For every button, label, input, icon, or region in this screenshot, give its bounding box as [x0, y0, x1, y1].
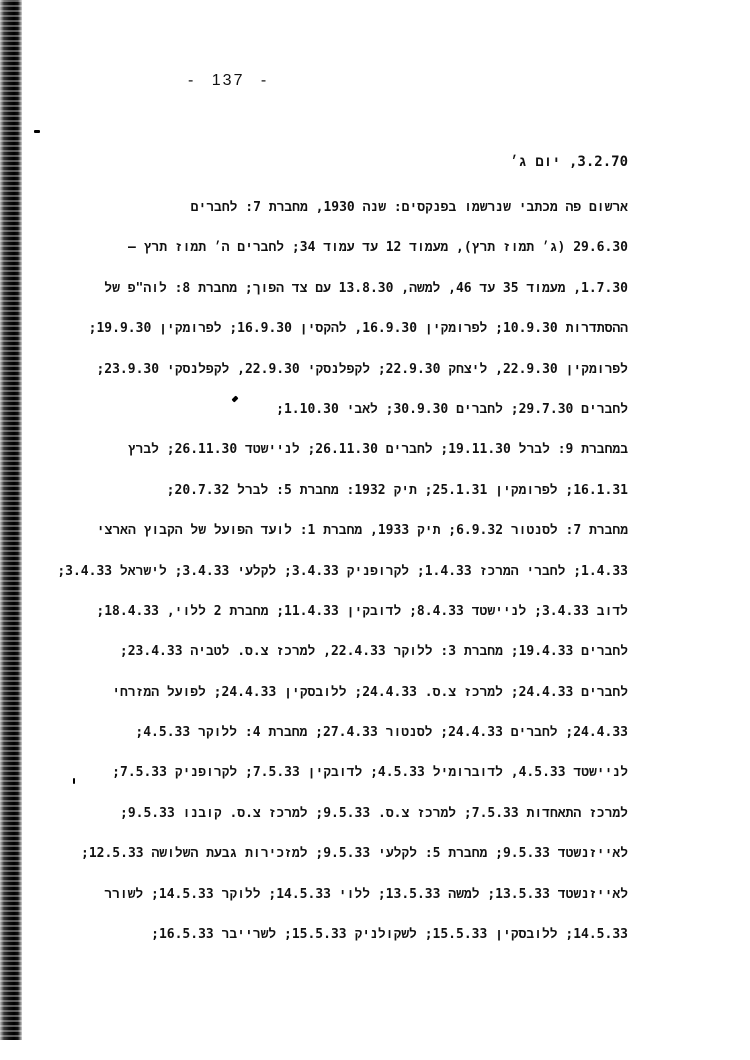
text-line: 16.1.31; לפרומקין 25.1.31; תיק 1932: מחב… [88, 479, 628, 519]
text-line: 24.4.33; לחברים 24.4.33; לסנטור 27.4.33;… [88, 721, 628, 761]
text-line: מחברת 7: לסנטור 6.9.32; תיק 1933, מחברת … [88, 519, 628, 559]
text-line: לחברים 24.4.33; למרכז צ.ס. 24.4.33; ללוב… [88, 681, 628, 721]
text-line: למרכז התאחדות 7.5.33; למרכז צ.ס. 9.5.33;… [88, 802, 628, 842]
text-line: לחברים 19.4.33; מחברת 3: ללוקר 22.4.33, … [88, 640, 628, 680]
scan-binding-edge [0, 0, 22, 1040]
entry-date-heading: 3.2.70, יום ג׳ [510, 154, 628, 171]
text-line: ארשום פה מכתבי שנרשמו בפנקסים: שנה 1930,… [88, 196, 628, 236]
scan-speck [73, 778, 75, 784]
text-line: 1.7.30, מעמוד 35 עד 46, למשה, 13.8.30 עם… [88, 277, 628, 317]
text-line: ההסתדרות 10.9.30; לפרומקין 16.9.30, להקס… [88, 317, 628, 357]
text-line: לחברים 29.7.30; לחברים 30.9.30; לאבי 1.1… [88, 398, 628, 438]
text-line: לניישטד 4.5.33, לדוברומיל 4.5.33; לדובקי… [88, 761, 628, 801]
page-number: - 137 - [188, 72, 268, 90]
text-line: לפרומקין 22.9.30, ליצחק 22.9.30; לקפלנסק… [88, 358, 628, 398]
text-line: לאייזנשטד 9.5.33; מחברת 5: לקלעי 9.5.33;… [88, 842, 628, 882]
text-line: במחברת 9: לברל 19.11.30; לחברים 26.11.30… [88, 438, 628, 478]
document-body: ארשום פה מכתבי שנרשמו בפנקסים: שנה 1930,… [88, 196, 628, 963]
text-line: לאייזנשטד 13.5.33; למשה 13.5.33; ללוי 14… [88, 883, 628, 923]
text-line: לדוב 3.4.33; לניישטד 8.4.33; לדובקין 11.… [88, 600, 628, 640]
text-line: 14.5.33; ללובסקין 15.5.33; לשקולניק 15.5… [88, 923, 628, 963]
scan-speck [34, 130, 40, 133]
text-line: 29.6.30 (ג׳ תמוז תרץ), מעמוד 12 עד עמוד … [88, 236, 628, 276]
text-line: 1.4.33; לחברי המרכז 1.4.33; לקרופניק 3.4… [88, 560, 628, 600]
